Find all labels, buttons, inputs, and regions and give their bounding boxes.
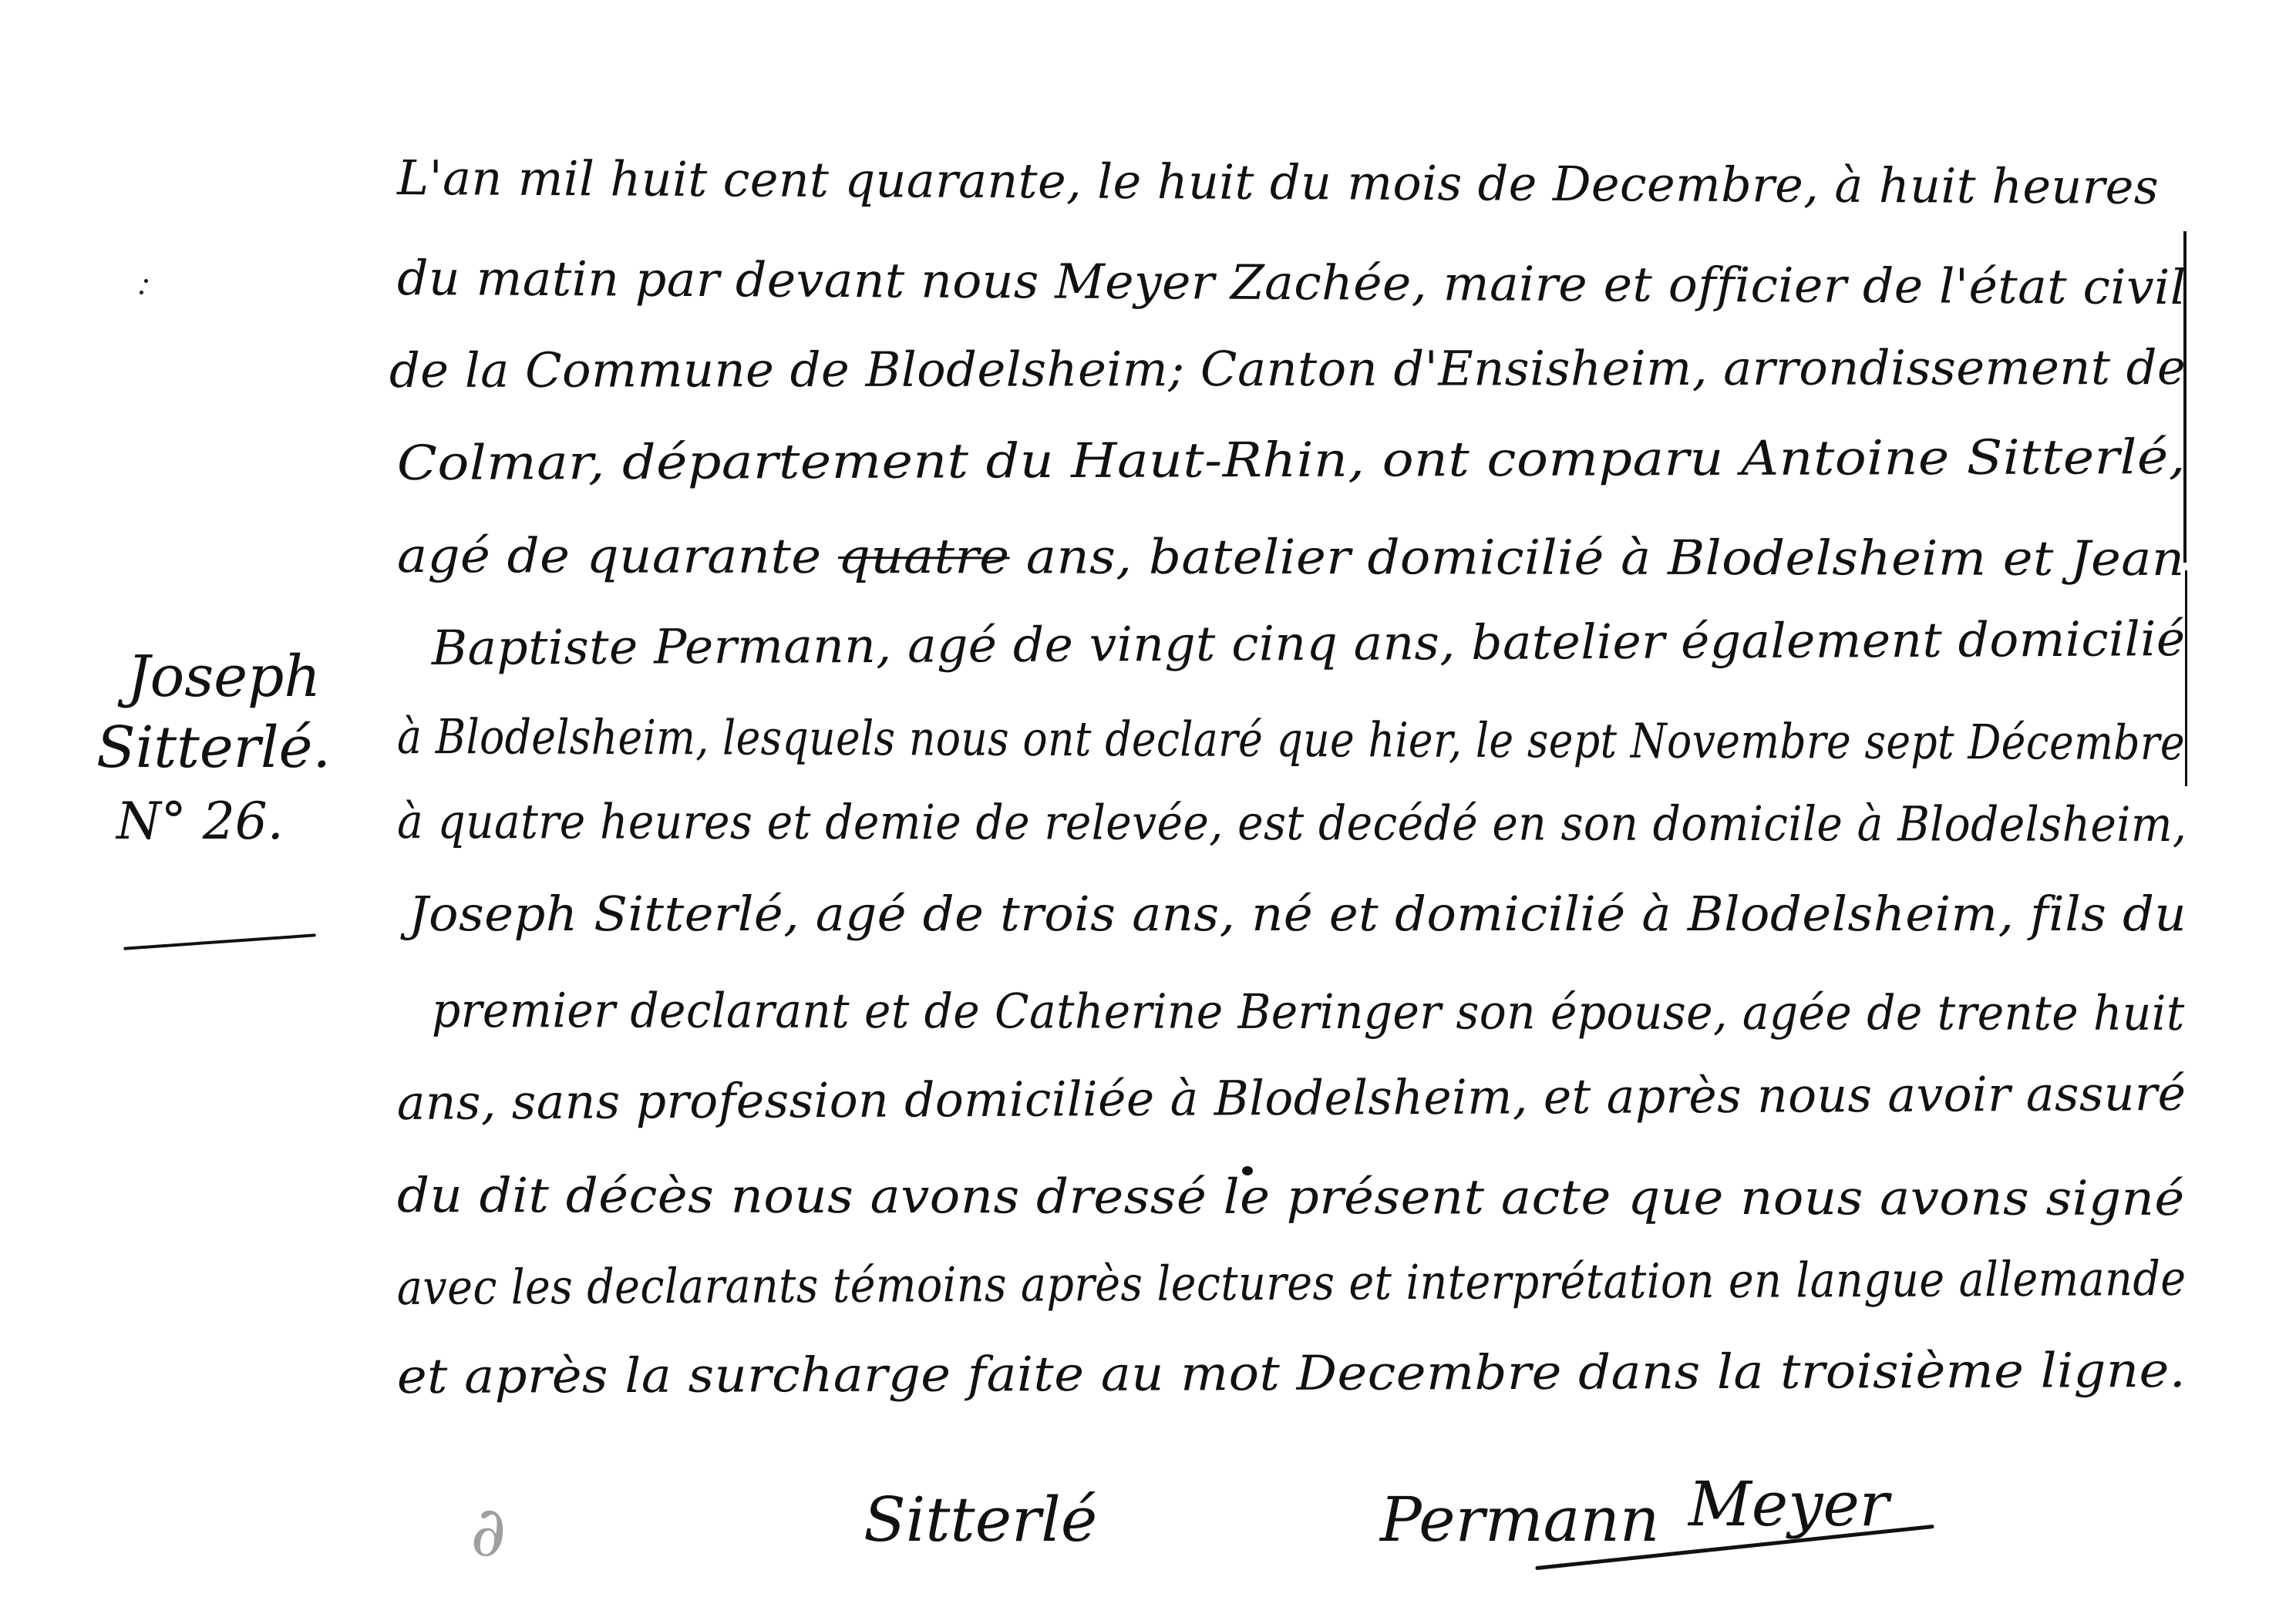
document-page: Joseph Sitterlé. N° 26. L'an mil huit ce… [0,0,2296,1614]
right-margin-rule-lower [2185,570,2187,786]
signature-permann: Permann [1380,1484,1659,1555]
body-line-5: agé de quarante quatre ans, batelier dom… [397,532,2185,583]
body-line-11: ans, sans profession domiciliée à Blodel… [397,1070,2187,1127]
scan-speck [140,291,143,294]
body-line-4: Colmar, département du Haut-Rhin, ont co… [397,433,2186,487]
body-line-1: L'an mil huit cent quarante, le huit du … [397,154,2187,211]
body-line-9: Joseph Sitterlé, agé de trois ans, né et… [409,890,2187,938]
margin-underline [123,933,316,950]
body-line-12: du dit décès nous avons dressé le présen… [397,1172,2185,1222]
margin-note-last-name: Sitterlé. [96,715,351,781]
body-line-3: de la Commune de Blodelsheim; Canton d'E… [389,344,2186,395]
ink-blot [1242,1166,1253,1175]
struck-word: quatre [838,528,1010,584]
body-line-5-text: agé de quarante quatre ans, batelier dom… [397,527,2185,587]
body-line-8: à quatre heures et demie de relevée, est… [397,798,2187,849]
signature-sitterle: Sitterlé [864,1484,1097,1555]
body-line-13: avec les declarants témoins après lectur… [397,1255,2187,1312]
body-line-7: à Blodelsheim, lesquels nous ont declaré… [397,713,2185,767]
body-line-10: premier declarant et de Catherine Bering… [432,987,2185,1037]
margin-note-record-number: N° 26. [116,792,351,851]
body-line-6: Baptiste Permann, agé de vingt cinq ans,… [432,615,2186,672]
margin-note: Joseph Sitterlé. N° 26. [96,644,351,851]
margin-note-first-name: Joseph [127,644,351,710]
body-line-14: et après la surcharge faite au mot Decem… [397,1347,2186,1400]
scan-speck [144,279,148,283]
faint-flourish-mark: ∂ [470,1491,507,1572]
body-line-2: du matin par devant nous Meyer Zachée, m… [397,254,2187,311]
signature-meyer: Meyer [1688,1468,1889,1540]
